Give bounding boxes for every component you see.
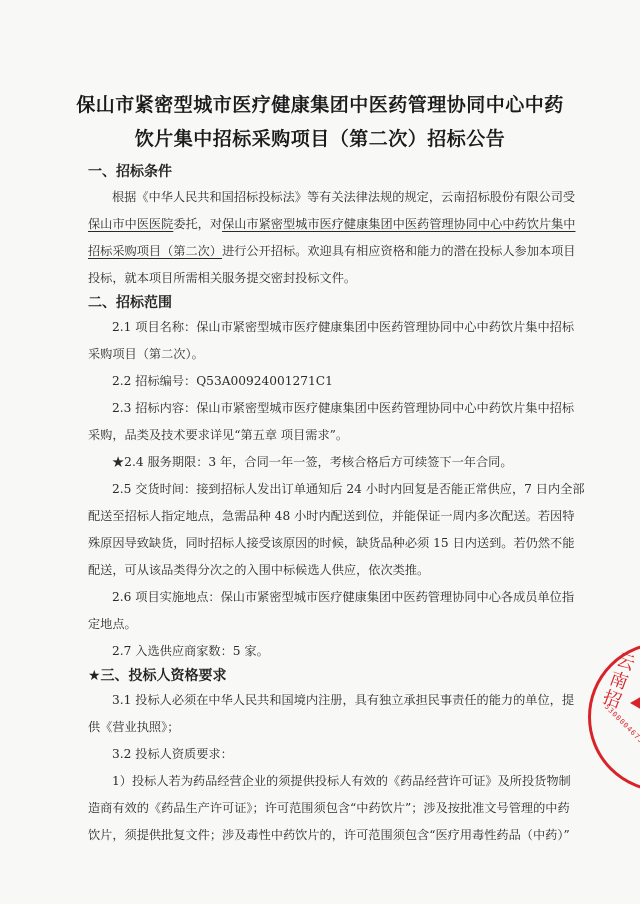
- section2-line: 2.3 招标内容：保山市紧密型城市医疗健康集团中医药管理协同中心中药饮片集中招标: [112, 400, 558, 416]
- document-title-line1: 保山市紧密型城市医疗健康集团中医药管理协同中心中药: [0, 90, 640, 117]
- section1-line: 招标采购项目（第二次）进行公开招标。欢迎具有相应资格和能力的潜在投标人参加本项目: [88, 243, 558, 259]
- section2-line: ★2.4 服务期限：3 年，合同一年一签，考核合格后方可续签下一年合同。: [112, 454, 558, 470]
- section2-line: 2.6 项目实施地点：保山市紧密型城市医疗健康集团中医药管理协同中心各成员单位指: [112, 589, 558, 605]
- section3-line: 3.1 投标人必须在中华人民共和国境内注册，具有独立承担民事责任的能力的单位，提: [112, 692, 558, 708]
- section3-line: 饮片，须提供批复文件；涉及毒性中药饮片的，许可范围须包含“医疗用毒性药品（中药）…: [88, 827, 558, 843]
- section2-line: 采购项目（第二次）。: [88, 346, 558, 362]
- section3-line: 供《营业执照》；: [88, 719, 558, 735]
- section2-line: 配送，可从该品类得分次之的入围中标候选人供应，依次类推。: [88, 562, 558, 578]
- section2-line: 配送至招标人指定地点，急需品种 48 小时内配送到位，并能保证一周内多次配送。若…: [88, 508, 558, 524]
- section1-line: 投标，就本项目所需相关服务提交密封投标文件。: [88, 270, 558, 286]
- document-title-line2: 饮片集中招标采购项目（第二次）招标公告: [0, 124, 640, 151]
- section2-line: 2.7 入选供应商家数：5 家。: [112, 643, 558, 659]
- document-page: 保山市紧密型城市医疗健康集团中医药管理协同中心中药 饮片集中招标采购项目（第二次…: [0, 0, 640, 904]
- section3-line: 3.2 投标人资质要求：: [112, 746, 558, 762]
- section3-line: 造商有效的《药品生产许可证》；许可范围须包含“中药饮片”；涉及按批准文号管理的中…: [88, 800, 558, 816]
- bid-number: 2.2 招标编号：Q53A00924001271C1: [112, 373, 558, 389]
- section1-line: 根据《中华人民共和国招标投标法》等有关法律法规的规定，云南招标股份有限公司受: [112, 189, 558, 205]
- section1-line: 保山市中医医院委托，对保山市紧密型城市医疗健康集团中医药管理协同中心中药饮片集中: [88, 216, 558, 232]
- project-name: 保山市紧密型城市医疗健康集团中医药管理协同中心中药饮片集中: [222, 217, 575, 231]
- section2-line: 定地点。: [88, 616, 558, 632]
- section2-line: 2.1 项目名称：保山市紧密型城市医疗健康集团中医药管理协同中心中药饮片集中招标: [112, 319, 558, 335]
- section2-line: 采购，品类及技术要求详见“第五章 项目需求”。: [88, 427, 558, 443]
- section2-line: 殊原因导致缺货，同时招标人接受该原因的时候，缺货品种必须 15 日内送到。若仍然…: [88, 535, 558, 551]
- section3-line: 1）投标人若为药品经营企业的须提供投标人有效的《药品经营许可证》及所投货物制: [112, 773, 558, 789]
- project-name-cont: 招标采购项目（第二次）: [88, 244, 222, 258]
- section1-heading: 一、招标条件: [88, 161, 172, 181]
- section3-heading: ★三、投标人资格要求: [88, 665, 227, 685]
- section2-heading: 二、招标范围: [88, 292, 172, 312]
- section2-line: 2.5 交货时间：接到招标人发出订单通知后 24 小时内回复是否能正常供应，7 …: [112, 481, 558, 497]
- client-name: 保山市中医医院: [88, 217, 173, 231]
- seal-star-icon: [630, 695, 640, 711]
